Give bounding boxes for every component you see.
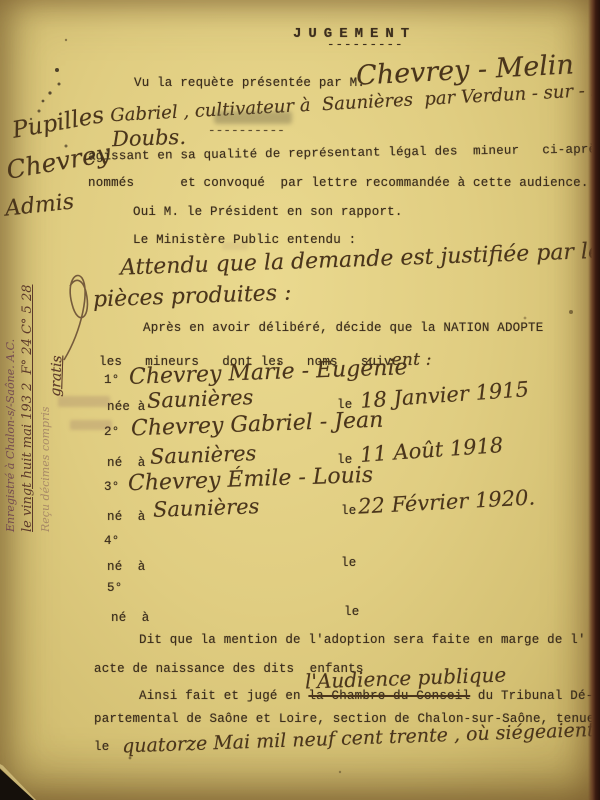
child-1-number: 1°: [104, 373, 119, 387]
child-4-le-label: le: [341, 556, 356, 570]
child-2-birthdate-handwritten: 11 Août 1918: [359, 433, 504, 467]
margin-signature-flourish: [52, 270, 104, 365]
child-5-born-label: né à: [111, 611, 150, 625]
child-3-born-label: né à: [107, 510, 146, 524]
child-3-birthdate-handwritten: 22 Février 1920.: [357, 485, 535, 518]
ink-bleed-mark: [58, 396, 110, 407]
child-5-le-label: le: [344, 605, 359, 619]
nommes-line: nommés et convoqué par lettre recommandé…: [88, 176, 589, 190]
child-2-birthplace-handwritten: Saunières: [150, 441, 257, 469]
child-4-born-label: né à: [107, 560, 146, 574]
oui-president-line: Oui M. le Président en son rapport.: [133, 205, 403, 219]
page-right-edge-shadow: [588, 0, 600, 800]
nation-adopte-line: Après en avoir délibéré, décide que la N…: [143, 321, 543, 335]
vu-requete-line: Vu la requète présentée par M.: [134, 76, 365, 90]
dit-mention-line: Dit que la mention de l'adoption sera fa…: [139, 633, 586, 647]
registration-stamp-line: Enregistré à Chalon-s/-Saône. A.C.: [4, 282, 17, 532]
margin-note-admis: Admis: [4, 189, 75, 221]
child-1-born-label: née à: [107, 400, 146, 414]
child-2-name-handwritten: Chevrey Gabriel - Jean: [131, 408, 384, 442]
ainsi-fait-pre: Ainsi fait et jugé en: [139, 689, 308, 703]
petitioner-details-continued: Doubs.: [112, 125, 187, 152]
child-1-birthdate-handwritten: 18 Janvier 1915: [359, 377, 529, 413]
erased-text-smudge: [214, 111, 292, 124]
document-scan: JUGEMENT --------- Vu la requète présent…: [0, 0, 600, 800]
child-3-number: 3°: [104, 480, 119, 494]
separator-dashes: ----------: [208, 124, 285, 138]
registration-date-handwritten: le vingt huit mai 193 2 F° 24 C° 5 28: [20, 282, 35, 532]
child-3-le-label: le: [341, 504, 356, 518]
pieces-produites-handwritten: pièces produites :: [93, 281, 292, 313]
child-1-birthplace-handwritten: Saunières: [147, 385, 254, 413]
child-2-born-label: né à: [107, 456, 146, 470]
registration-fee-faint-line: Reçu décimes compris: [39, 282, 52, 532]
child-5-number: 5°: [107, 581, 122, 595]
final-le-label: le: [94, 740, 109, 754]
ink-bleed-mark: [70, 420, 112, 430]
child-3-birthplace-handwritten: Saunières: [153, 494, 260, 522]
ainsi-fait-post: du Tribunal Dé-: [470, 689, 593, 703]
ink-bleed-mark: [222, 242, 248, 250]
margin-note-pupilles: Pupilles: [10, 102, 106, 144]
child-4-number: 4°: [104, 534, 119, 548]
title-underline-dashes: ---------: [327, 38, 404, 52]
